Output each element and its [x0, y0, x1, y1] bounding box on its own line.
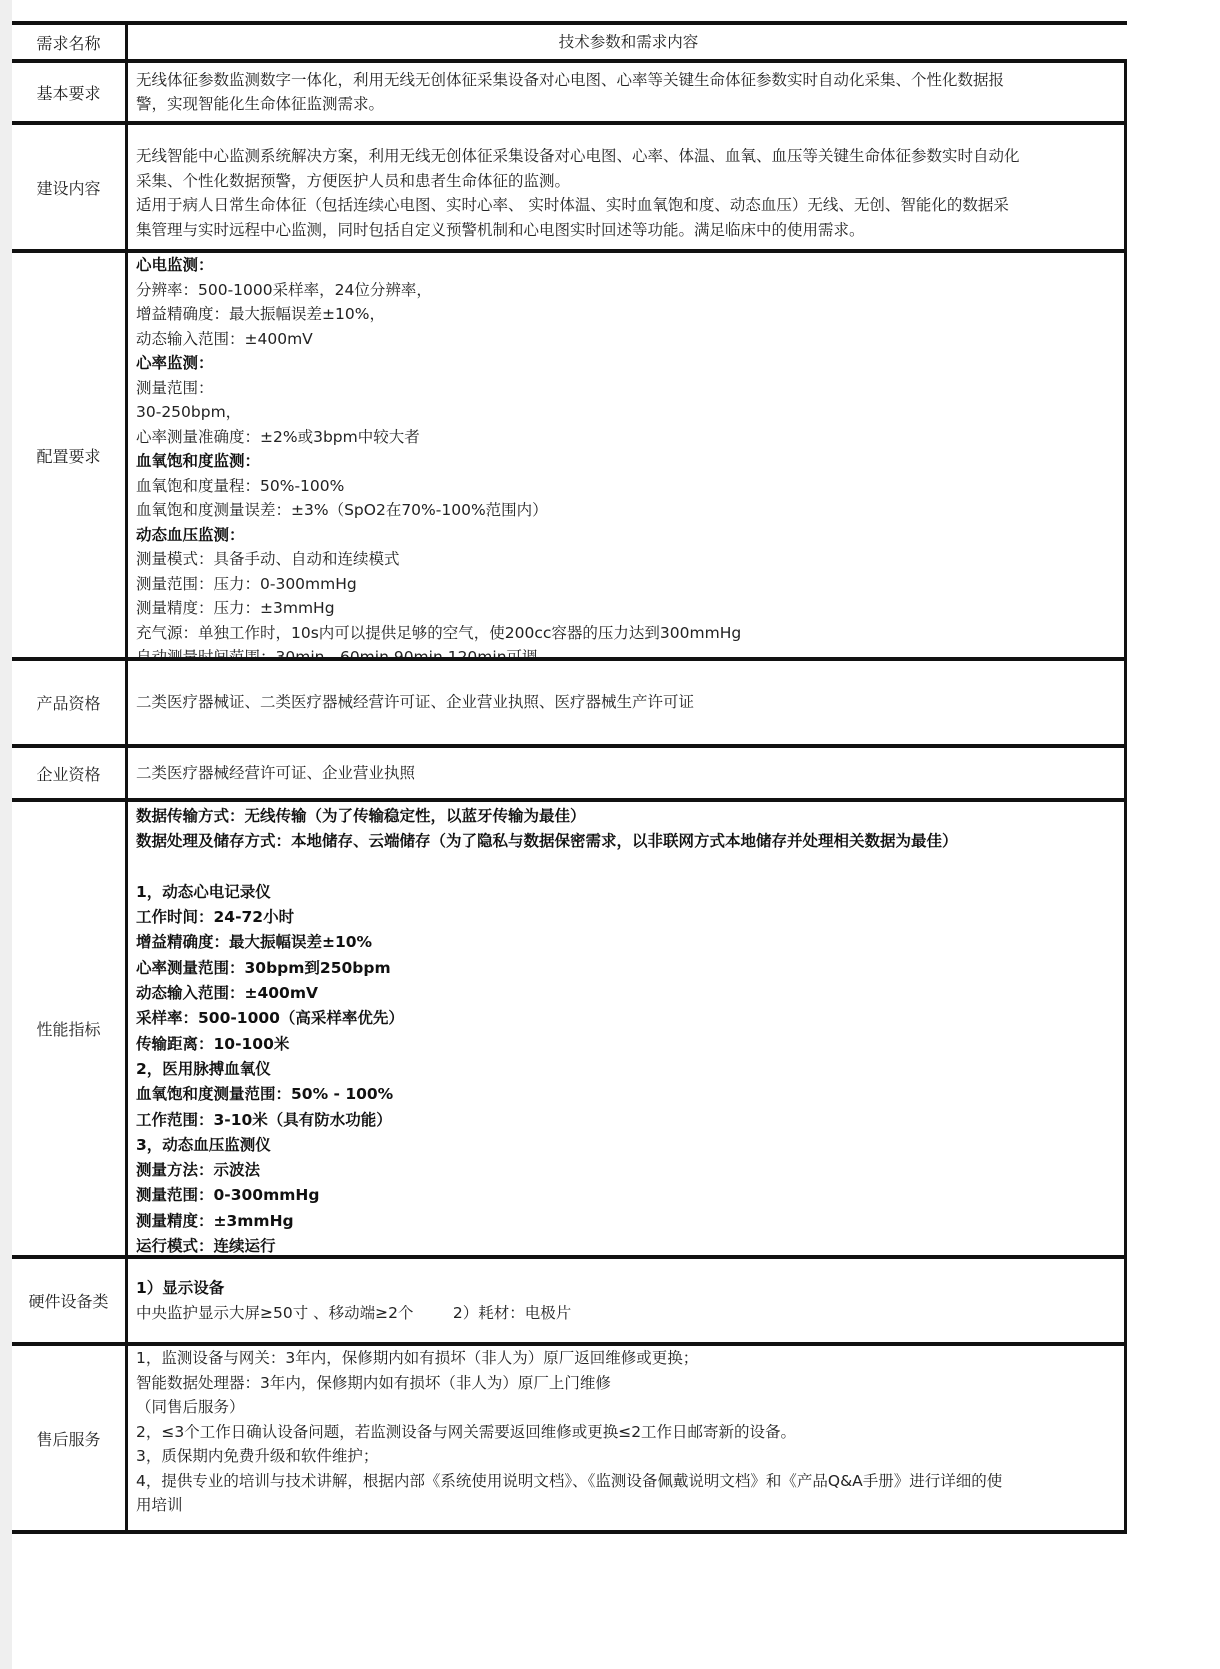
content-line: 采样率：500-1000（高采样率优先）	[136, 1006, 1118, 1031]
row-label: 性能指标	[12, 802, 128, 1255]
row-content: 数据传输方式：无线传输（为了传输稳定性，以蓝牙传输为最佳） 数据处理及储存方式：…	[128, 802, 1127, 1255]
content-line: 心率测量范围：30bpm到250bpm	[136, 956, 1118, 981]
content-line: 2，≤3个工作日确认设备问题，若监测设备与网关需要返回维修或更换≤2工作日邮寄新…	[136, 1420, 1118, 1445]
section-heading: 3，动态血压监测仪	[136, 1133, 1118, 1158]
requirements-table: 需求名称 技术参数和需求内容 基本要求 无线体征参数监测数字一体化，利用无线无创…	[12, 21, 1127, 1534]
content-line: 测量方法：示波法	[136, 1158, 1118, 1183]
row-content: 无线智能中心监测系统解决方案，利用无线无创体征采集设备对心电图、心率、体温、血氧…	[128, 125, 1127, 249]
content-line: 测量范围：	[136, 376, 1118, 401]
section-heading: 2，医用脉搏血氧仪	[136, 1057, 1118, 1082]
content-line: 血氧饱和度量程：50%-100%	[136, 474, 1118, 499]
section-heading: 1，动态心电记录仪	[136, 880, 1118, 905]
content-line: 增益精确度：最大振幅误差±10%，	[136, 302, 1118, 327]
content-line: 测量精度：±3mmHg	[136, 1209, 1118, 1234]
content-line	[136, 855, 1118, 880]
row-label: 产品资格	[12, 661, 128, 744]
content-line: 血氧饱和度测量范围：50% - 100%	[136, 1082, 1118, 1107]
row-label: 硬件设备类	[12, 1259, 128, 1342]
content-line: 传输距离：10-100米	[136, 1032, 1118, 1057]
content-line: 无线智能中心监测系统解决方案，利用无线无创体征采集设备对心电图、心率、体温、血氧…	[136, 144, 1118, 169]
row-content: 无线体征参数监测数字一体化，利用无线无创体征采集设备对心电图、心率等关键生命体征…	[128, 63, 1127, 121]
section-heading: 心电监测：	[136, 253, 1118, 278]
content-line: 测量范围：0-300mmHg	[136, 1183, 1118, 1208]
content-line: 适用于病人日常生命体征（包括连续心电图、实时心率、 实时体温、实时血氧饱和度、动…	[136, 193, 1118, 218]
row-content: 1，监测设备与网关：3年内，保修期内如有损坏（非人为）原厂返回维修或更换； 智能…	[128, 1346, 1127, 1530]
content-line: 3，质保期内免费升级和软件维护；	[136, 1444, 1118, 1469]
row-label: 基本要求	[12, 63, 128, 121]
content-line: 运行模式：连续运行	[136, 1234, 1118, 1259]
row-content: 二类医疗器械经营许可证、企业营业执照	[128, 748, 1127, 798]
content-line: 充气源：单独工作时，10s内可以提供足够的空气，使200cc容器的压力达到300…	[136, 621, 1118, 646]
content-line: 用培训	[136, 1493, 1118, 1518]
row-label: 建设内容	[12, 125, 128, 249]
content-line: 中央监护显示大屏≥50寸 、移动端≥2个 2）耗材：电极片	[136, 1301, 1118, 1326]
content-line: 数据处理及储存方式：本地储存、云端储存（为了隐私与数据保密需求，以非联网方式本地…	[136, 829, 1118, 854]
row-basic-requirements: 基本要求 无线体征参数监测数字一体化，利用无线无创体征采集设备对心电图、心率等关…	[12, 63, 1127, 125]
content-line: 自动测量时间范围：30min，60min,90min,120min可调	[136, 645, 1118, 657]
content-line: 动态输入范围：±400mV	[136, 981, 1118, 1006]
content-line: 工作范围：3-10米（具有防水功能）	[136, 1108, 1118, 1133]
page-margin	[0, 0, 12, 1669]
row-after-sales-service: 售后服务 1，监测设备与网关：3年内，保修期内如有损坏（非人为）原厂返回维修或更…	[12, 1346, 1127, 1530]
content-line: 二类医疗器械经营许可证、企业营业执照	[136, 761, 1118, 786]
table-header-row: 需求名称 技术参数和需求内容	[12, 25, 1127, 63]
header-content: 技术参数和需求内容	[128, 25, 1127, 59]
content-line: 4，提供专业的培训与技术讲解，根据内部《系统使用说明文档》、《监测设备佩戴说明文…	[136, 1469, 1118, 1494]
row-label: 企业资格	[12, 748, 128, 798]
content-line: 分辨率：500-1000采样率，24位分辨率，	[136, 278, 1118, 303]
content-line: 测量范围：压力：0-300mmHg	[136, 572, 1118, 597]
row-label: 配置要求	[12, 253, 128, 657]
section-heading: 心率监测：	[136, 351, 1118, 376]
row-product-qualification: 产品资格 二类医疗器械证、二类医疗器械经营许可证、企业营业执照、医疗器械生产许可…	[12, 661, 1127, 748]
row-configuration-requirements: 配置要求 心电监测： 分辨率：500-1000采样率，24位分辨率， 增益精确度…	[12, 253, 1127, 661]
row-construction-content: 建设内容 无线智能中心监测系统解决方案，利用无线无创体征采集设备对心电图、心率、…	[12, 125, 1127, 253]
row-content: 1）显示设备 中央监护显示大屏≥50寸 、移动端≥2个 2）耗材：电极片	[128, 1259, 1127, 1342]
content-line: 测量精度：压力：±3mmHg	[136, 596, 1118, 621]
content-line: 智能数据处理器：3年内，保修期内如有损坏（非人为）原厂上门维修	[136, 1371, 1118, 1396]
section-heading: 动态血压监测：	[136, 523, 1118, 548]
row-enterprise-qualification: 企业资格 二类医疗器械经营许可证、企业营业执照	[12, 748, 1127, 802]
content-line: （同售后服务）	[136, 1395, 1118, 1420]
content-line: 无线体征参数监测数字一体化，利用无线无创体征采集设备对心电图、心率等关键生命体征…	[136, 68, 1118, 93]
content-line: 30-250bpm，	[136, 400, 1118, 425]
content-line: 增益精确度：最大振幅误差±10%	[136, 930, 1118, 955]
content-line: 警，实现智能化生命体征监测需求。	[136, 92, 1118, 117]
row-performance-indicators: 性能指标 数据传输方式：无线传输（为了传输稳定性，以蓝牙传输为最佳） 数据处理及…	[12, 802, 1127, 1259]
content-line: 心率测量准确度：±2%或3bpm中较大者	[136, 425, 1118, 450]
section-heading: 血氧饱和度监测：	[136, 449, 1118, 474]
content-line: 血氧饱和度测量误差：±3%（SpO2在70%-100%范围内）	[136, 498, 1118, 523]
header-label: 需求名称	[12, 25, 128, 59]
content-line: 动态输入范围：±400mV	[136, 327, 1118, 352]
row-hardware-equipment: 硬件设备类 1）显示设备 中央监护显示大屏≥50寸 、移动端≥2个 2）耗材：电…	[12, 1259, 1127, 1346]
content-line: 集管理与实时远程中心监测，同时包括自定义预警机制和心电图实时回述等功能。满足临床…	[136, 218, 1118, 243]
row-label: 售后服务	[12, 1346, 128, 1530]
row-content: 心电监测： 分辨率：500-1000采样率，24位分辨率， 增益精确度：最大振幅…	[128, 253, 1127, 657]
content-line: 测量模式：具备手动、自动和连续模式	[136, 547, 1118, 572]
content-line: 1，监测设备与网关：3年内，保修期内如有损坏（非人为）原厂返回维修或更换；	[136, 1346, 1118, 1371]
row-content: 二类医疗器械证、二类医疗器械经营许可证、企业营业执照、医疗器械生产许可证	[128, 661, 1127, 744]
content-line: 数据传输方式：无线传输（为了传输稳定性，以蓝牙传输为最佳）	[136, 804, 1118, 829]
content-line: 二类医疗器械证、二类医疗器械经营许可证、企业营业执照、医疗器械生产许可证	[136, 690, 1118, 715]
content-line: 采集、个性化数据预警，方便医护人员和患者生命体征的监测。	[136, 169, 1118, 194]
section-heading: 1）显示设备	[136, 1276, 1118, 1301]
content-line: 工作时间：24-72小时	[136, 905, 1118, 930]
